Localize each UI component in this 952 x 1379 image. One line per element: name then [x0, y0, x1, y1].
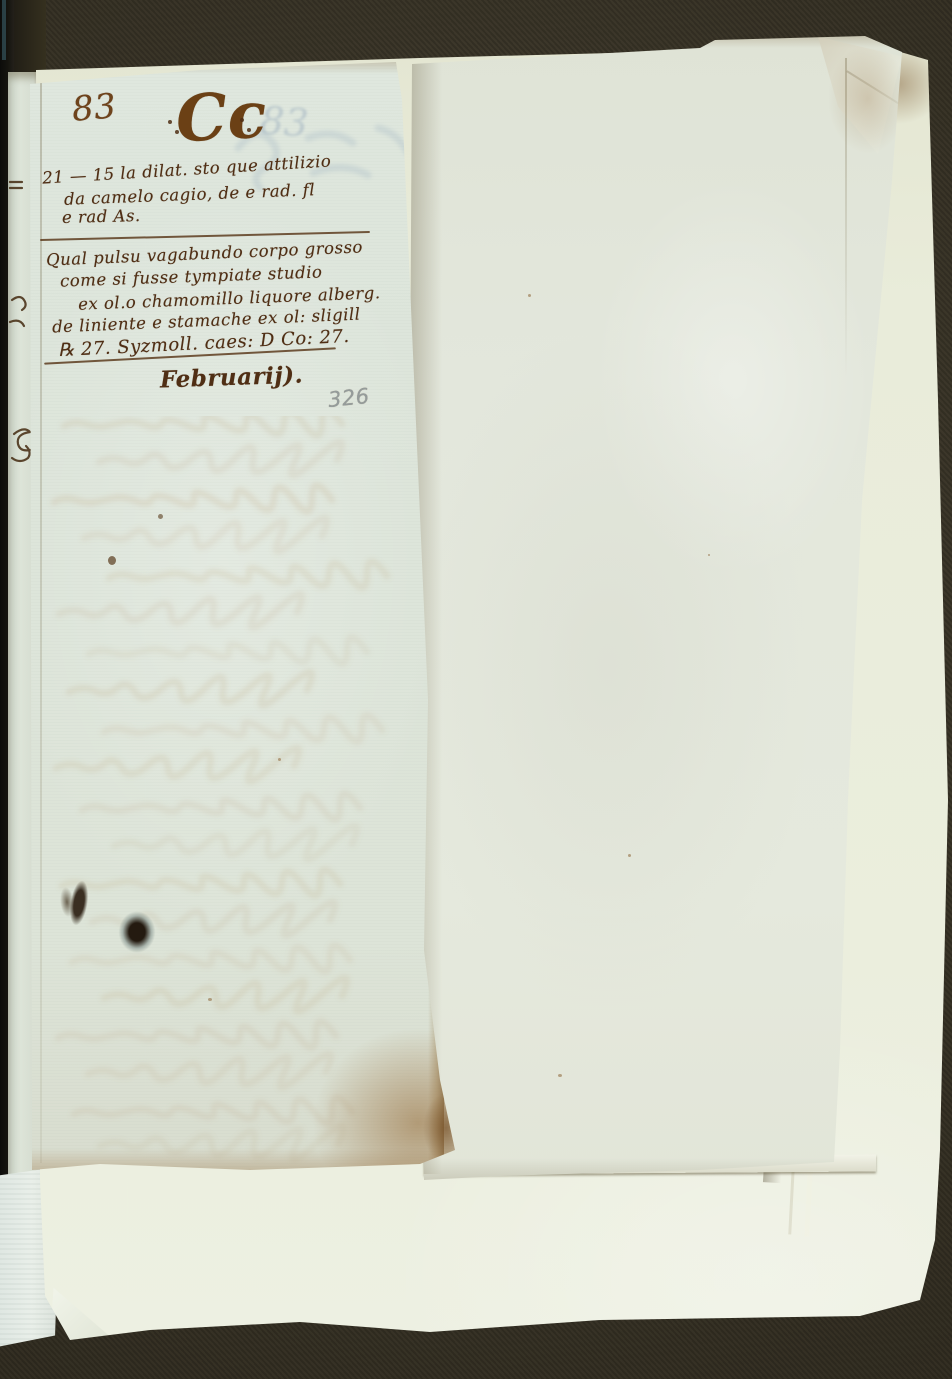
spine-thread [2, 0, 6, 60]
ink-blot [114, 906, 160, 958]
left-page: 83 83 Cc 21 — 15 la dilat. sto que attil… [28, 58, 462, 1182]
gutter-fold-line [40, 68, 42, 1163]
paper-speck [278, 758, 281, 761]
paper-speck [708, 554, 710, 556]
ink-speck [108, 556, 116, 565]
folio-number-ink: 83 [70, 86, 118, 130]
manuscript-scan: 358 83 83 Cc 21 — 15 la dilat. sto que a… [0, 0, 952, 1379]
right-page: 358 [408, 34, 908, 1184]
paper-speck [208, 998, 212, 1001]
ink-dot [175, 130, 179, 134]
pencil-folio-left: 326 [327, 384, 371, 412]
section-letter: Cc [174, 78, 269, 158]
ink-speck [158, 514, 163, 519]
ink-dot [168, 120, 172, 124]
ink-dot [247, 128, 251, 132]
month-heading: Februarij). [160, 362, 304, 394]
paper-speck [628, 854, 631, 857]
ink-dot [240, 118, 244, 122]
paper-speck [558, 1074, 562, 1077]
dog-ear-fold [48, 1284, 118, 1346]
paper-speck [528, 294, 531, 297]
entry-line: e rad As. [62, 206, 141, 227]
